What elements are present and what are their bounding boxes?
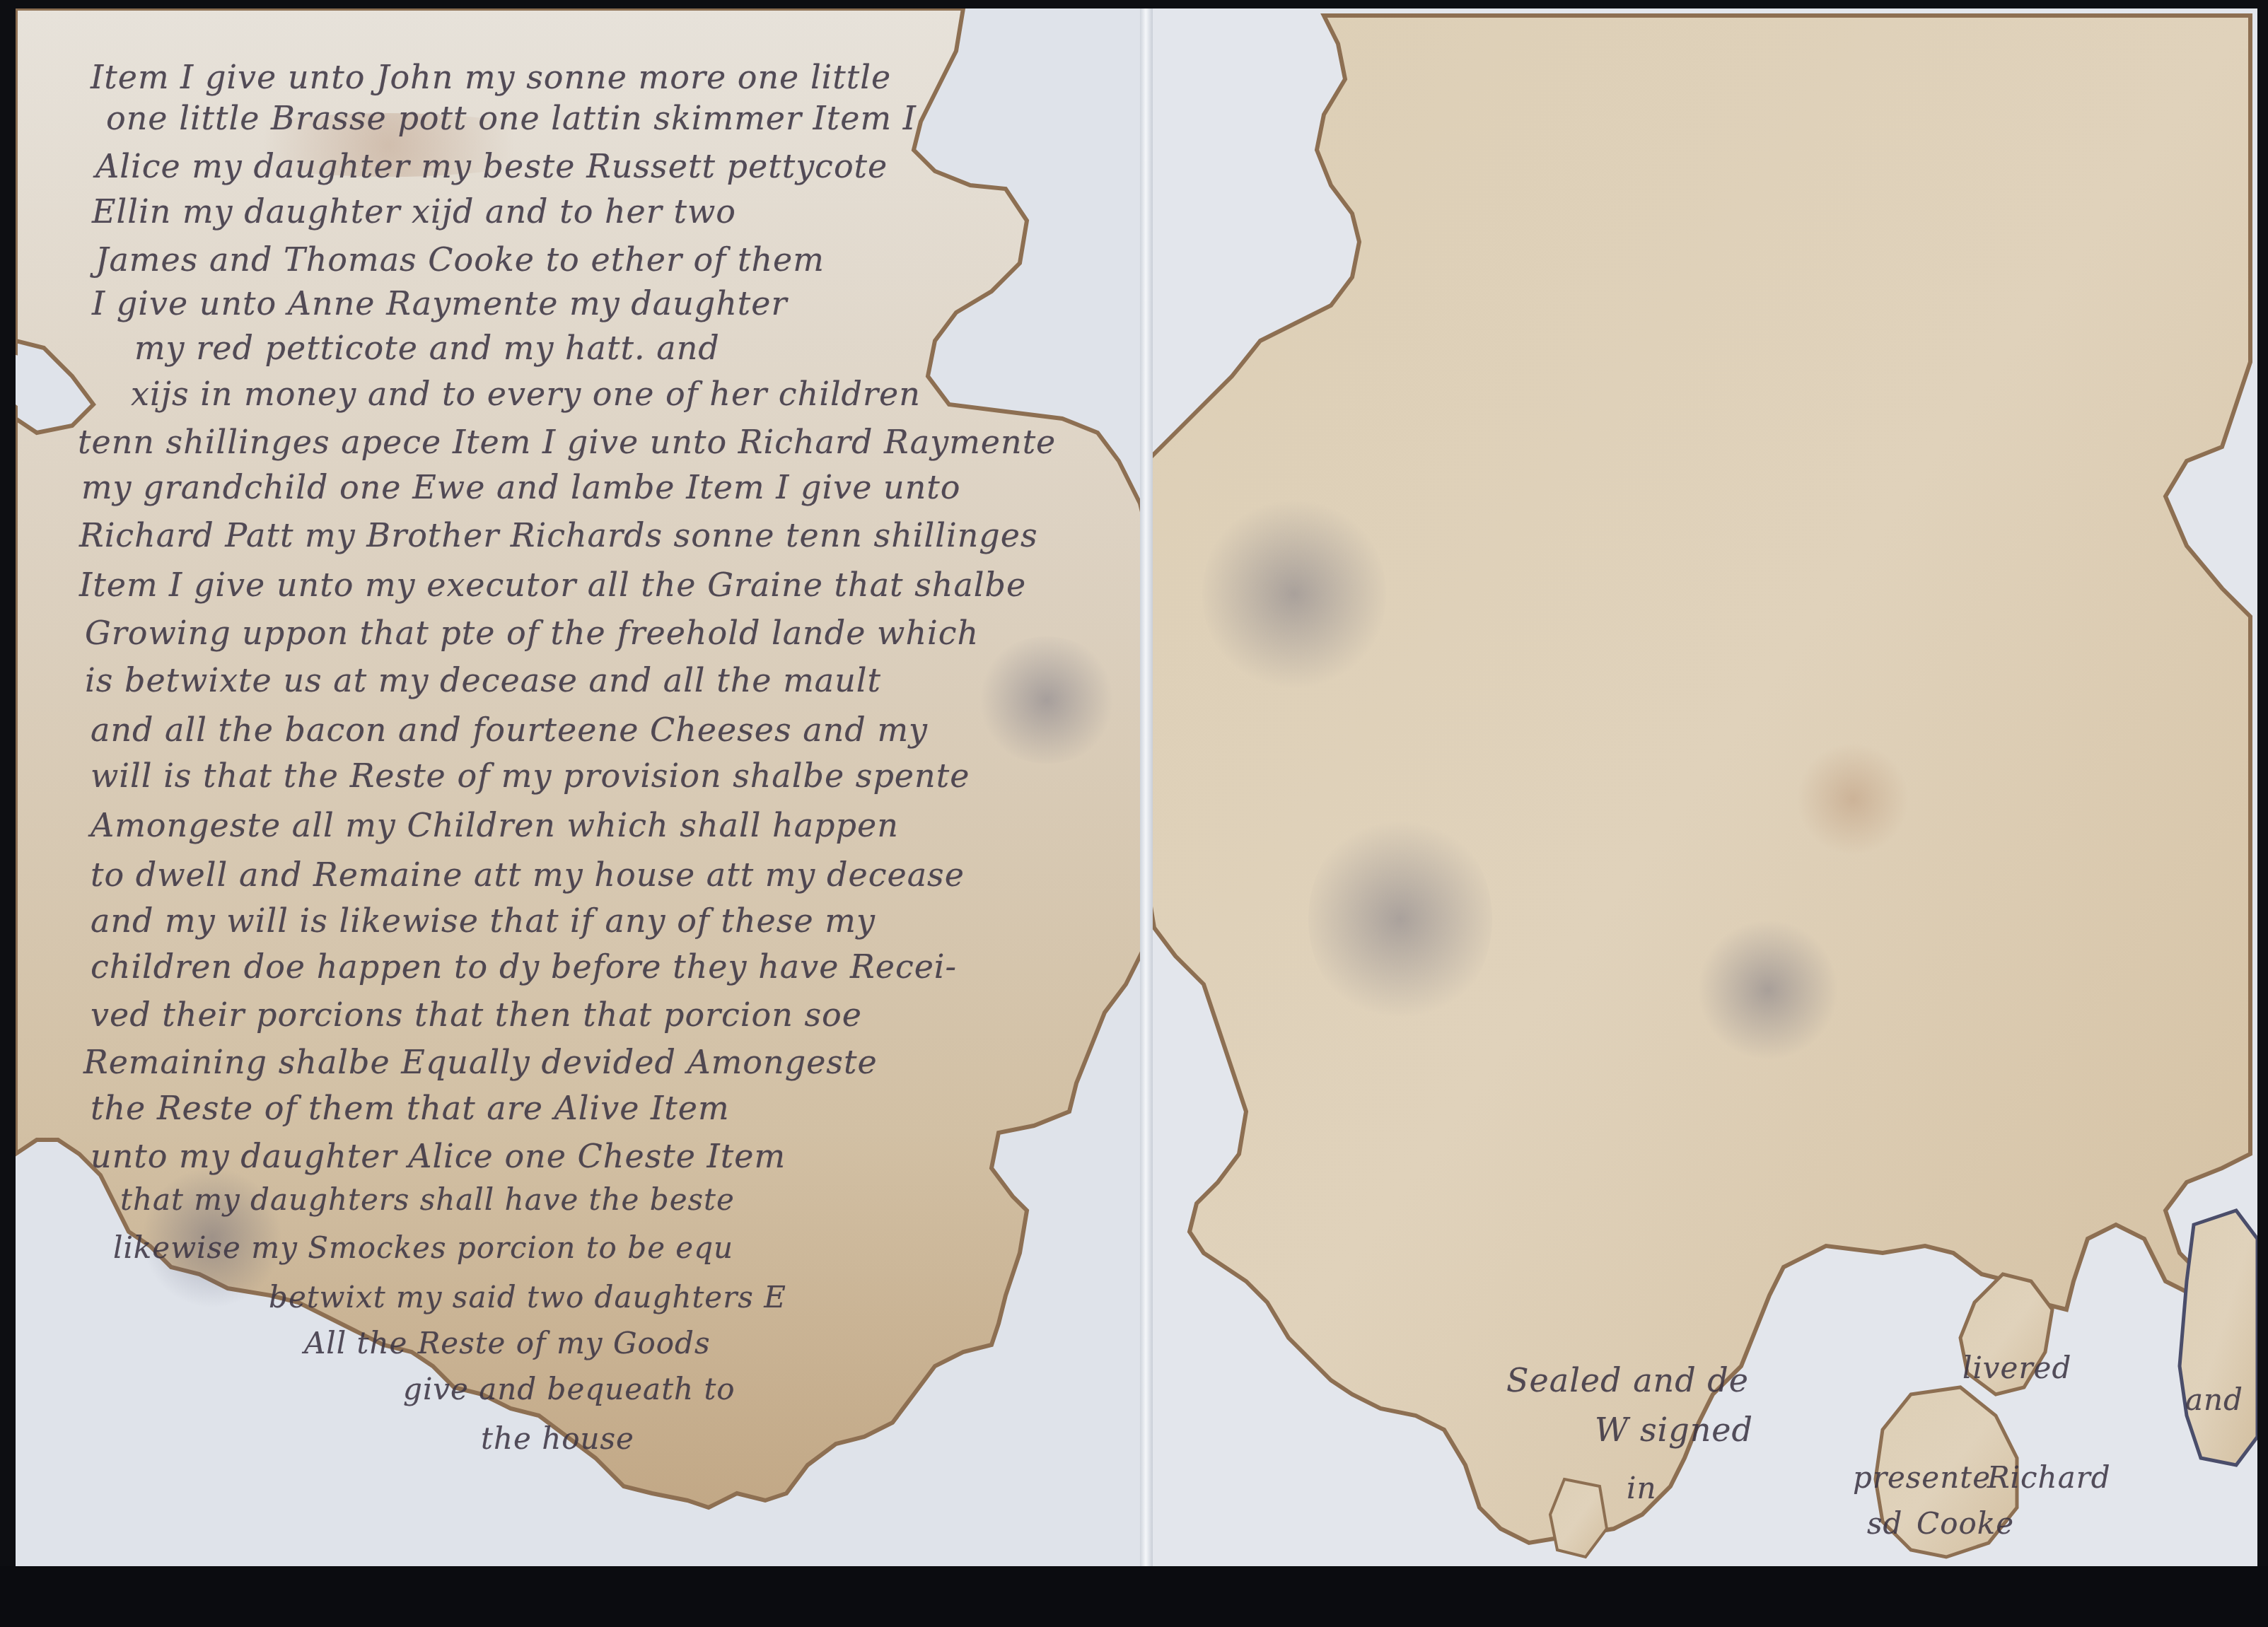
- manuscript-line: the house: [481, 1421, 634, 1456]
- manuscript-line: ved their porcions that then that porcio…: [91, 996, 862, 1034]
- manuscript-line: children doe happen to dy before they ha…: [91, 947, 957, 986]
- cooke-fragment-text: Cooke: [1917, 1506, 2014, 1541]
- sd-fragment-text: sd: [1867, 1506, 1902, 1541]
- manuscript-line: xijs in money and to every one of her ch…: [131, 375, 921, 413]
- manuscript-line: likewise my Smockes porcion to be equ: [113, 1230, 733, 1265]
- manuscript-line: and my will is likewise that if any of t…: [91, 902, 876, 940]
- rust-stain: [1796, 742, 1909, 856]
- manuscript-line: that my daughters shall have the beste: [120, 1182, 735, 1217]
- richard-fragment-text: Richard: [1987, 1460, 2111, 1495]
- sealed-and-delivered-text: Sealed and de: [1506, 1361, 1749, 1399]
- manuscript-line: unto my daughter Alice one Cheste Item: [91, 1137, 786, 1175]
- manuscript-line: is betwixte us at my decease and all the…: [85, 661, 881, 699]
- manuscript-line: my grandchild one Ewe and lambe Item I g…: [81, 468, 961, 506]
- manuscript-line: and all the bacon and fourteene Cheeses …: [91, 711, 928, 749]
- manuscript-line: All the Reste of my Goods: [304, 1326, 710, 1360]
- manuscript-line: betwixt my said two daughters E: [269, 1280, 786, 1314]
- manuscript-line: one little Brasse pott one lattin skimme…: [106, 99, 917, 137]
- ink-stain: [976, 636, 1117, 764]
- manuscript-line: I give unto Anne Raymente my daughter: [92, 284, 788, 322]
- manuscript-line: Item I give unto my executor all the Gra…: [79, 566, 1026, 604]
- manuscript-line: tenn shillinges apece Item I give unto R…: [78, 423, 1056, 461]
- ink-stain: [1202, 495, 1386, 693]
- manuscript-line: Amongeste all my Children which shall ha…: [91, 806, 899, 844]
- signed-text: W signed: [1595, 1411, 1753, 1449]
- right-page-fragment: [1147, 8, 2257, 1564]
- manuscript-line: Richard Patt my Brother Richards sonne t…: [79, 516, 1038, 554]
- manuscript-line: the Reste of them that are Alive Item: [91, 1089, 730, 1127]
- manuscript-line: Ellin my daughter xijd and to her two: [92, 192, 736, 231]
- manuscript-line: my red petticote and my hatt. and: [134, 329, 720, 367]
- delivered-fragment-text: livered: [1962, 1351, 2071, 1385]
- manuscript-line: James and Thomas Cooke to ether of them: [95, 240, 825, 279]
- and-fragment-text: and: [2185, 1382, 2243, 1417]
- presence-fragment-text: presente: [1853, 1460, 1991, 1495]
- manuscript-line: Alice my daughter my beste Russett petty…: [95, 147, 888, 185]
- photo-background-bottom: [0, 1566, 2268, 1627]
- manuscript-line: Item I give unto John my sonne more one …: [91, 58, 891, 96]
- manuscript-line: will is that the Reste of my provision s…: [91, 757, 970, 795]
- in-fragment-text: in: [1627, 1471, 1656, 1505]
- ink-stain: [1308, 813, 1492, 1025]
- manuscript-line: Growing uppon that pte of the freehold l…: [85, 614, 979, 652]
- manuscript-line: Remaining shalbe Equally devided Amonges…: [83, 1043, 878, 1081]
- manuscript-line: to dwell and Remaine att my house att my…: [91, 856, 965, 894]
- spine-fold: [1140, 8, 1153, 1568]
- ink-stain: [1697, 919, 1839, 1061]
- manuscript-line: give and bequeath to: [403, 1372, 735, 1406]
